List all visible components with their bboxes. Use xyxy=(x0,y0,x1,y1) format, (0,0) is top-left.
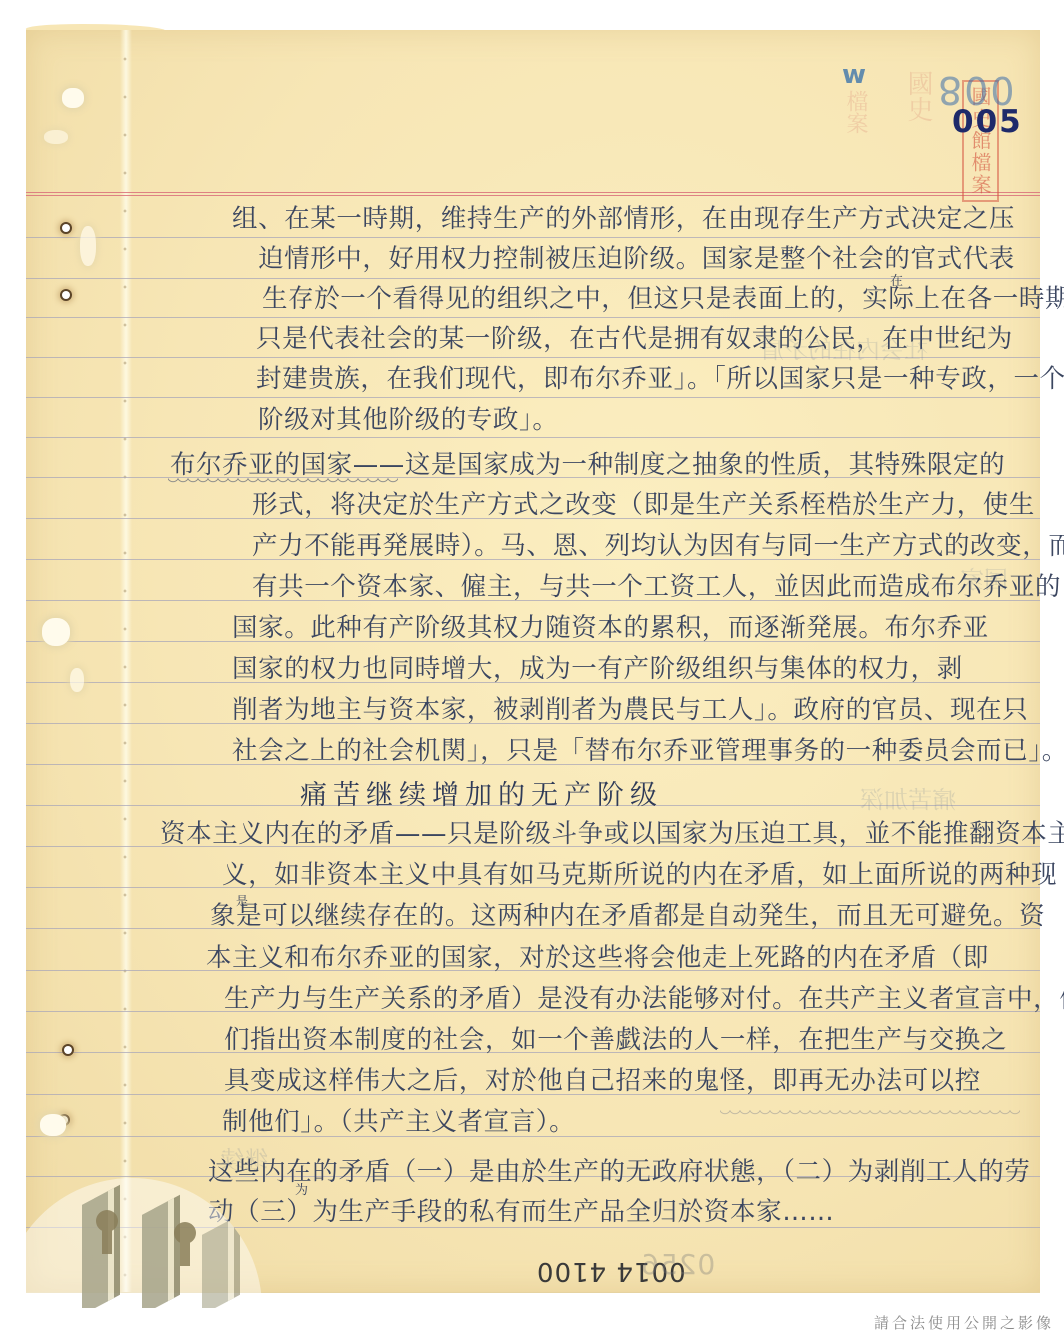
manuscript-line: 封建贵族，在我们现代，即布尔乔亚」。「所以国家只是一种专政，一个 xyxy=(256,367,1064,393)
paper-tear xyxy=(40,1114,66,1136)
manuscript-line: 们指出资本制度的社会，如一个善戯法的人一样，在把生产与交换之 xyxy=(224,1028,1007,1054)
ruled-line xyxy=(26,397,1040,398)
ruled-line xyxy=(26,237,1040,238)
manuscript-line: 形式，将决定於生产方式之改变（即是生产关系桎梏於生产力，使生 xyxy=(252,493,1035,519)
ghost-reference-number: 0256 xyxy=(640,1248,715,1281)
manuscript-line: 动（三）为生产手段的私有而生产品全归於资本家…… xyxy=(208,1200,834,1226)
manuscript-line: 只是代表社会的某一阶级，在古代是拥有奴隶的公民，在中世纪为 xyxy=(256,327,1013,353)
page-number-stamp: 005 xyxy=(952,104,1023,140)
manuscript-line: 生产力与生产关系的矛盾）是没有办法能够对付。在共产主义者宣言中，他 xyxy=(224,987,1064,1013)
faded-seal: 檔案 xyxy=(840,90,871,134)
faded-seal: 國史 xyxy=(900,70,937,122)
manuscript-line: 国家。此种有产阶级其权力随资本的累积，而逐渐発展。布尔乔亚 xyxy=(232,616,989,642)
interlinear-insertion: 为 xyxy=(295,1184,309,1197)
manuscript-line: 阶级对其他阶级的专政」。 xyxy=(258,408,558,434)
binder-hole xyxy=(62,224,70,232)
manuscript-line: 国家的权力也同時增大，成为一有产阶级组织与集体的权力，剥 xyxy=(232,657,963,683)
section-heading: 痛苦继续增加的无产阶级 xyxy=(300,782,663,809)
keyhole-icon xyxy=(96,1210,118,1232)
paper-tear xyxy=(42,618,70,646)
interlinear-insertion: 是 xyxy=(236,895,249,907)
paper-tear xyxy=(80,226,96,266)
binder-hole xyxy=(62,291,70,299)
ruled-line xyxy=(26,437,1040,438)
interlinear-insertion: 在 xyxy=(890,275,904,288)
manuscript-line: 有共一个资本家、僱主，与共一个工资工人，並因此而造成布尔乔亚的 xyxy=(252,575,1061,601)
paper-tear xyxy=(70,668,84,692)
paper-tear xyxy=(44,130,68,144)
keyhole-icon xyxy=(174,1222,196,1244)
manuscript-line: 产力不能再発展時）。马、恩、列均认为因有与同一生产方式的改变，而 xyxy=(252,534,1064,560)
manuscript-line: 本主义和布尔乔亚的国家，对於这些将会他走上死路的内在矛盾（即 xyxy=(206,946,989,972)
manuscript-line: 迫情形中，好用权力控制被压迫阶级。国家是整个社会的官式代表 xyxy=(258,247,1015,273)
ruled-line xyxy=(26,317,1040,318)
usage-notice: 請合法使用公開之影像 xyxy=(874,1312,1054,1333)
manuscript-line: 社会之上的社会机関」，只是「替布尔乔亚管理事务的一种委员会而已」。 xyxy=(232,739,1064,765)
blue-ink-mark: w xyxy=(842,60,866,90)
manuscript-line: 具变成这样伟大之后，对於他自己招来的鬼怪，即再无办法可以控 xyxy=(224,1069,981,1095)
manuscript-line-section-start: 布尔乔亚的国家——这是国家成为一种制度之抽象的性质，其特殊限定的 xyxy=(170,453,1005,479)
binder-hole xyxy=(64,1046,72,1054)
manuscript-line-section-start: 资本主义内在的矛盾——只是阶级斗争或以国家为压迫工具，並不能推翻资本主 xyxy=(160,822,1064,848)
manuscript-line: 义，如非资本主义中具有如马克斯所说的内在矛盾，如上面所说的两种现 xyxy=(222,863,1057,889)
ruled-line xyxy=(26,278,1040,279)
manuscript-line: 组、在某一時期，维持生产的外部情形，在由现存生产方式决定之压 xyxy=(232,207,1015,233)
manuscript-line-section-start: 这些内在的矛盾（一）是由於生产的无政府状態，（二）为剥削工人的劳 xyxy=(208,1160,1030,1186)
bleed-through-text: 痛苦加深 xyxy=(860,780,956,815)
book-shape-icon xyxy=(202,1221,228,1308)
wavy-underline xyxy=(720,1110,1020,1118)
manuscript-line: 制他们」。（共产主义者宣言）。 xyxy=(222,1110,575,1136)
manuscript-line: 象是可以继续存在的。这两种内在矛盾都是自动発生，而且无可避免。资 xyxy=(210,904,1045,930)
red-header-rule xyxy=(26,192,1040,193)
wavy-underline xyxy=(168,478,398,488)
manuscript-line: 生存於一个看得见的组织之中，但这只是表面上的，实际上在各一時期 xyxy=(262,287,1064,313)
book-shape-icon xyxy=(142,1201,168,1308)
red-header-rule xyxy=(26,195,1040,196)
manuscript-line: 削者为地主与资本家，被剥削者为農民与工人」。政府的官员、现在只 xyxy=(232,698,1028,724)
paper-tear xyxy=(62,88,84,108)
